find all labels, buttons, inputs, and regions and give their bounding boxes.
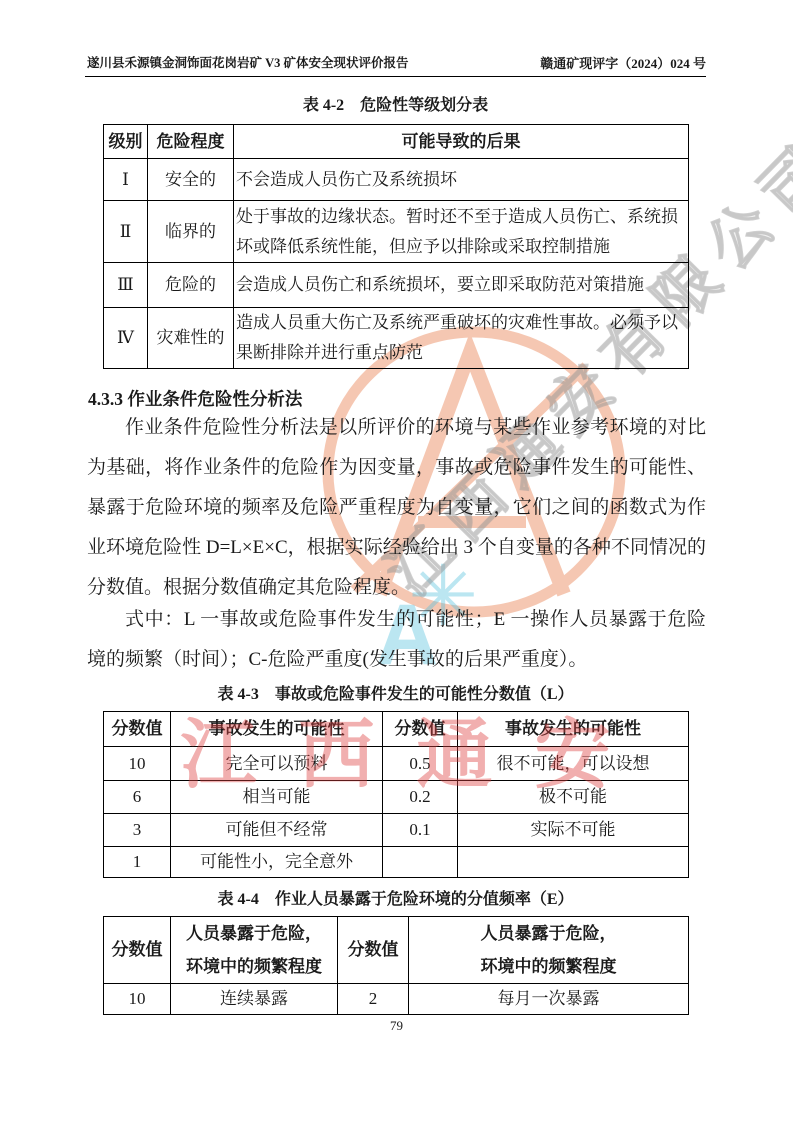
col-header-degree: 危险程度 xyxy=(148,125,234,159)
table-header-row: 分数值 事故发生的可能性 分数值 事故发生的可能性 xyxy=(104,712,689,747)
score-cell: 0.5 xyxy=(383,747,458,781)
degree-cell: 危险的 xyxy=(148,263,234,308)
table-row: 3 可能但不经常 0.1 实际不可能 xyxy=(104,814,689,847)
text-line: 作业条件危险性分析法是以所评价的环境与某些作业参考环境的对比 xyxy=(87,408,706,448)
table-row: Ⅱ 临界的 处于事故的边缘状态。暂时还不至于造成人员伤亡、系统损坏或降低系统性能… xyxy=(104,201,689,263)
score-cell: 10 xyxy=(104,984,171,1015)
consequence-cell: 会造成人员伤亡和系统损坏，要立即采取防范对策措施 xyxy=(234,263,689,308)
table-4-3: 分数值 事故发生的可能性 分数值 事故发生的可能性 10 完全可以预料 0.5 … xyxy=(103,711,689,878)
table-row: 10 完全可以预料 0.5 很不可能，可以设想 xyxy=(104,747,689,781)
col-header-score: 分数值 xyxy=(383,712,458,747)
score-cell xyxy=(383,847,458,878)
table-4-4: 分数值 人员暴露于危险， 环境中的频繁程度 分数值 人员暴露于危险， 环境中的频… xyxy=(103,916,689,1015)
document-page: ✳ A 江西通安有限公司 江西通安 遂川县禾源镇金洞饰面花岗岩矿 V3 矿体安全… xyxy=(0,0,793,1122)
table-row: 6 相当可能 0.2 极不可能 xyxy=(104,781,689,814)
score-cell: 3 xyxy=(104,814,171,847)
level-cell: Ⅱ xyxy=(104,201,148,263)
col-header-score: 分数值 xyxy=(104,917,171,984)
paragraph-1: 作业条件危险性分析法是以所评价的环境与某些作业参考环境的对比 为基础，将作业条件… xyxy=(87,408,706,608)
likelihood-cell: 很不可能，可以设想 xyxy=(458,747,689,781)
level-cell: Ⅲ xyxy=(104,263,148,308)
consequence-cell: 处于事故的边缘状态。暂时还不至于造成人员伤亡、系统损坏或降低系统性能，但应予以排… xyxy=(234,201,689,263)
table-row: Ⅳ 灾难性的 造成人员重大伤亡及系统严重破坏的灾难性事故。必须予以果断排除并进行… xyxy=(104,308,689,369)
score-cell: 2 xyxy=(338,984,409,1015)
text-line: 暴露于危险环境的频率及危险严重程度为自变量，它们之间的函数式为作 xyxy=(87,488,706,528)
col-header-level: 级别 xyxy=(104,125,148,159)
header-document-number: 赣通矿现评字（2024）024 号 xyxy=(540,53,706,72)
likelihood-cell xyxy=(458,847,689,878)
text-line: 业环境危险性 D=L×E×C，根据实际经验给出 3 个自变量的各种不同情况的 xyxy=(87,528,706,568)
col-header-consequence: 可能导致的后果 xyxy=(234,125,689,159)
exposure-cell: 每月一次暴露 xyxy=(409,984,689,1015)
col-header-exposure: 人员暴露于危险， 环境中的频繁程度 xyxy=(409,917,689,984)
col-header-score: 分数值 xyxy=(104,712,171,747)
degree-cell: 安全的 xyxy=(148,159,234,201)
level-cell: Ⅳ xyxy=(104,308,148,369)
score-cell: 1 xyxy=(104,847,171,878)
exposure-cell: 连续暴露 xyxy=(171,984,338,1015)
table-row: 10 连续暴露 2 每月一次暴露 xyxy=(104,984,689,1015)
likelihood-cell: 可能但不经常 xyxy=(171,814,383,847)
col-header-likelihood: 事故发生的可能性 xyxy=(458,712,689,747)
score-cell: 10 xyxy=(104,747,171,781)
table-row: 1 可能性小，完全意外 xyxy=(104,847,689,878)
table-row: Ⅰ 安全的 不会造成人员伤亡及系统损坏 xyxy=(104,159,689,201)
score-cell: 0.1 xyxy=(383,814,458,847)
table-4-3-caption: 表 4-3 事故或危险事件发生的可能性分数值（L） xyxy=(103,681,688,704)
degree-cell: 临界的 xyxy=(148,201,234,263)
likelihood-cell: 完全可以预料 xyxy=(171,747,383,781)
likelihood-cell: 可能性小，完全意外 xyxy=(171,847,383,878)
col-header-score: 分数值 xyxy=(338,917,409,984)
text-line: 境的频繁（时间）；C-危险严重度(发生事故的后果严重度）。 xyxy=(87,640,706,680)
table-4-2-caption: 表 4-2 危险性等级划分表 xyxy=(103,92,688,115)
header-divider xyxy=(85,76,706,77)
table-4-4-caption: 表 4-4 作业人员暴露于危险环境的分值频率（E） xyxy=(103,886,688,909)
table-header-row: 级别 危险程度 可能导致的后果 xyxy=(104,125,689,159)
col-header-exposure: 人员暴露于危险， 环境中的频繁程度 xyxy=(171,917,338,984)
consequence-cell: 不会造成人员伤亡及系统损坏 xyxy=(234,159,689,201)
likelihood-cell: 实际不可能 xyxy=(458,814,689,847)
header-report-title: 遂川县禾源镇金洞饰面花岗岩矿 V3 矿体安全现状评价报告 xyxy=(87,53,409,71)
paragraph-2: 式中：L 一事故或危险事件发生的可能性；E 一操作人员暴露于危险环 境的频繁（时… xyxy=(87,600,706,680)
table-header-row: 分数值 人员暴露于危险， 环境中的频繁程度 分数值 人员暴露于危险， 环境中的频… xyxy=(104,917,689,984)
likelihood-cell: 相当可能 xyxy=(171,781,383,814)
text-line: 为基础，将作业条件的危险作为因变量，事故或危险事件发生的可能性、 xyxy=(87,448,706,488)
likelihood-cell: 极不可能 xyxy=(458,781,689,814)
score-cell: 0.2 xyxy=(383,781,458,814)
degree-cell: 灾难性的 xyxy=(148,308,234,369)
table-4-2: 级别 危险程度 可能导致的后果 Ⅰ 安全的 不会造成人员伤亡及系统损坏 Ⅱ 临界… xyxy=(103,124,689,369)
text-line: 式中：L 一事故或危险事件发生的可能性；E 一操作人员暴露于危险环 xyxy=(87,600,706,640)
page-number: 79 xyxy=(0,1018,793,1034)
level-cell: Ⅰ xyxy=(104,159,148,201)
score-cell: 6 xyxy=(104,781,171,814)
consequence-cell: 造成人员重大伤亡及系统严重破坏的灾难性事故。必须予以果断排除并进行重点防范 xyxy=(234,308,689,369)
col-header-likelihood: 事故发生的可能性 xyxy=(171,712,383,747)
table-row: Ⅲ 危险的 会造成人员伤亡和系统损坏，要立即采取防范对策措施 xyxy=(104,263,689,308)
